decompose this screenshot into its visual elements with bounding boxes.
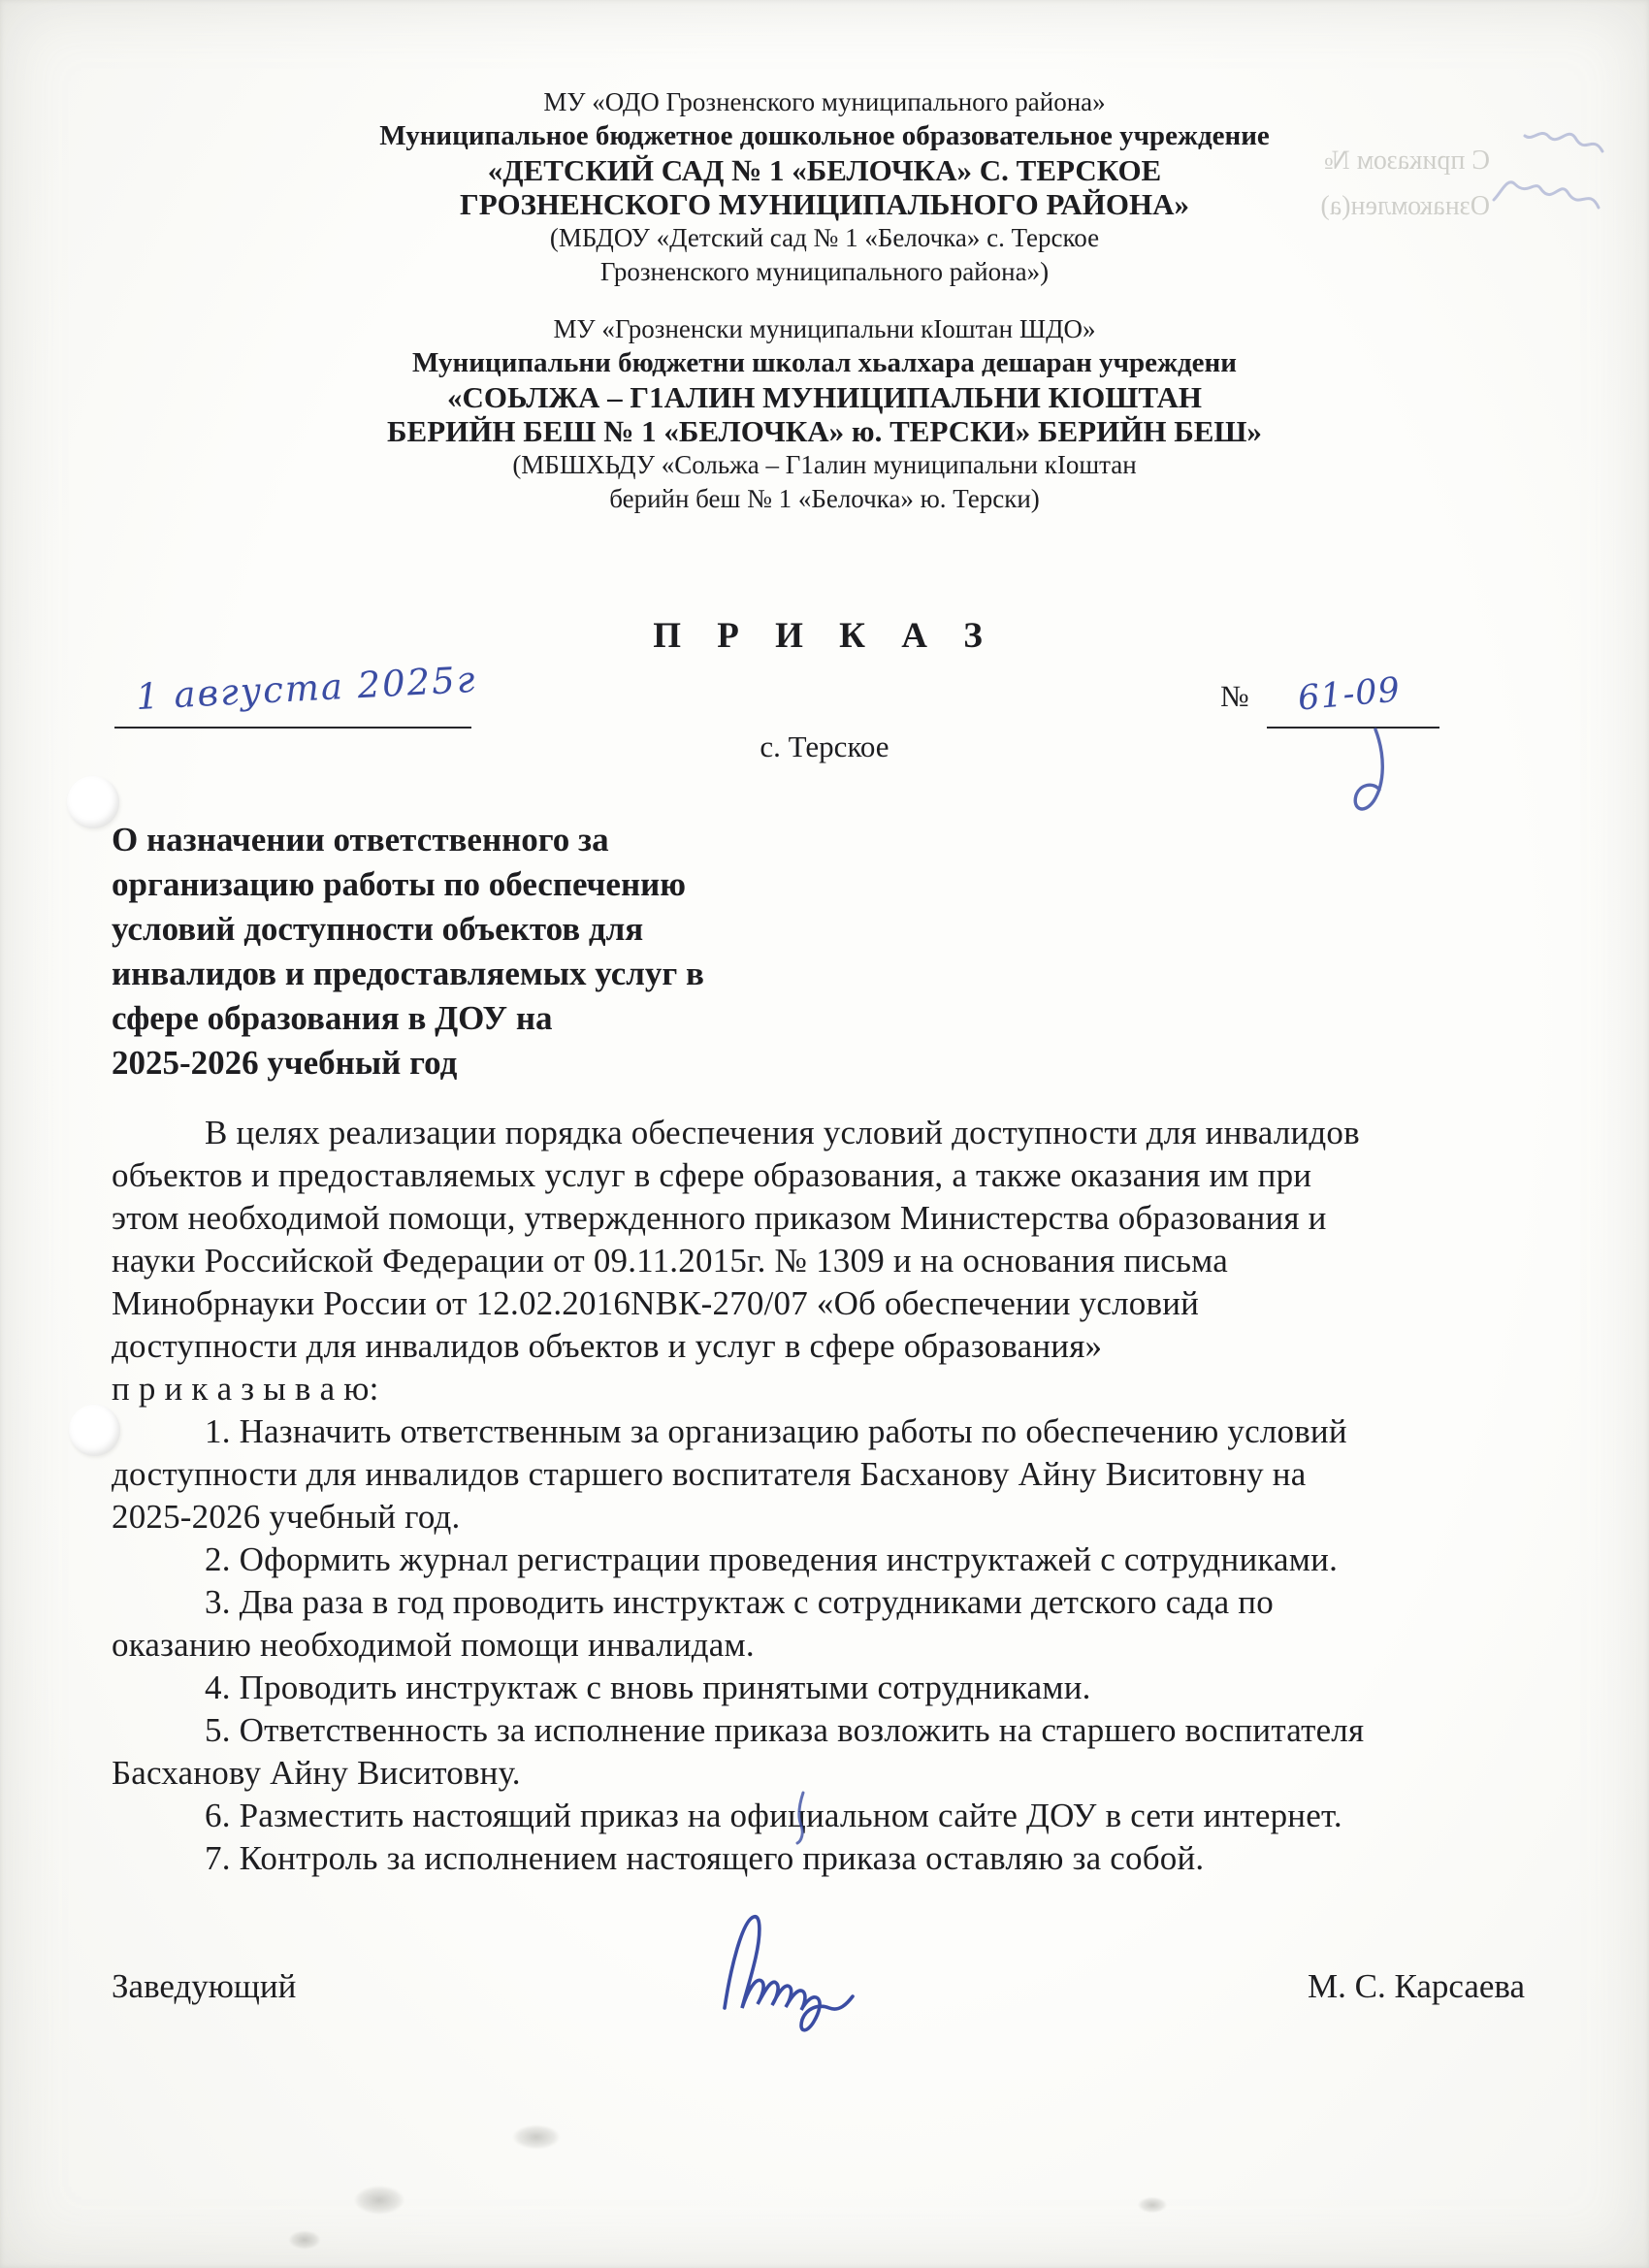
hole-punch-bottom [69,1405,120,1456]
org-header-line: МУ «Грозненски муниципальни кIоштан ШДО» [126,312,1523,346]
bleedthrough-line: Ознакомлен(а) [1073,183,1490,229]
org-header-line: МУ «ОДО Грозненского муниципального райо… [126,85,1523,119]
subject-line: сфере образования в ДОУ на [112,996,849,1041]
body-line: доступности для инвалидов старшего воспи… [112,1453,1508,1496]
signatory-name: М. С. Карсаева [1308,1967,1525,2006]
body-line: Басханову Айну Виситовну. [112,1752,1508,1795]
subject-line: 2025-2026 учебный год [112,1041,849,1085]
body-line: 5. Ответственность за исполнение приказа… [112,1709,1508,1752]
body-line: доступности для инвалидов объектов и усл… [112,1325,1508,1368]
order-title: П Р И К А З [0,615,1649,657]
scanned-order-page: МУ «ОДО Грозненского муниципального райо… [0,0,1649,2268]
number-sign: № [1220,679,1249,714]
org-header-chechen: МУ «Грозненски муниципальни кIоштан ШДО»… [126,312,1523,516]
org-header-line: Муниципальни бюджетни школал хьалхара де… [126,346,1523,380]
org-header-line: Грозненского муниципального района») [126,255,1523,289]
scan-smudge [283,2227,326,2252]
body-line: В целях реализации порядка обеспечения у… [112,1112,1508,1154]
hole-punch-top [67,776,119,828]
order-number-handwritten: 61-09 [1296,670,1402,718]
body-line: оказанию необходимой помощи инвалидам. [112,1624,1508,1667]
scan-smudge [345,2181,413,2219]
order-subject: О назначении ответственного заорганизаци… [112,818,849,1085]
body-line: этом необходимой помощи, утвержденного п… [112,1197,1508,1240]
subject-line: условий доступности объектов для [112,907,849,952]
pen-stray-mark [792,1791,813,1845]
org-header-line: берийн беш № 1 «Белочка» ю. Терски) [126,482,1523,516]
subject-line: О назначении ответственного за [112,818,849,862]
bleedthrough-ink-marks [1482,124,1608,241]
order-date-handwritten: 1 августа 2025г [135,659,477,718]
body-line: 4. Проводить инструктаж с вновь принятым… [112,1667,1508,1709]
order-body: В целях реализации порядка обеспечения у… [112,1112,1508,1880]
bleedthrough-line: С приказом № [1073,138,1490,183]
place-line: с. Терское [0,729,1649,764]
org-header-line: БЕРИЙН БЕШ № 1 «БЕЛОЧКА» ю. ТЕРСКИ» БЕРИ… [126,414,1523,448]
body-line: Минобрнауки России от 12.02.2016NВК-270/… [112,1282,1508,1325]
signatory-position: Заведующий [112,1967,296,2006]
body-line: п р и к а з ы в а ю: [112,1368,1508,1410]
scan-smudge [504,2121,568,2154]
subject-line: организацию работы по обеспечению [112,862,849,907]
body-line: науки Российской Федерации от 09.11.2015… [112,1240,1508,1282]
org-header-line: (МБШХЬДУ «Сольжа – Г1алин муниципальни к… [126,448,1523,482]
subject-line: инвалидов и предоставляемых услуг в [112,952,849,996]
body-line: объектов и предоставляемых услуг в сфере… [112,1154,1508,1197]
org-header-line: «СОЬЛЖА – Г1АЛИН МУНИЦИПАЛЬНИ КIОШТАН [126,380,1523,414]
bleedthrough-text: С приказом № Ознакомлен(а) [1073,138,1490,229]
body-line: 2025-2026 учебный год. [112,1496,1508,1539]
scan-smudge [1133,2194,1172,2216]
body-line: 2. Оформить журнал регистрации проведени… [112,1539,1508,1581]
body-line: 1. Назначить ответственным за организаци… [112,1410,1508,1453]
body-line: 3. Два раза в год проводить инструктаж с… [112,1581,1508,1624]
signature-stroke [713,1907,902,2043]
date-underline [114,727,471,729]
